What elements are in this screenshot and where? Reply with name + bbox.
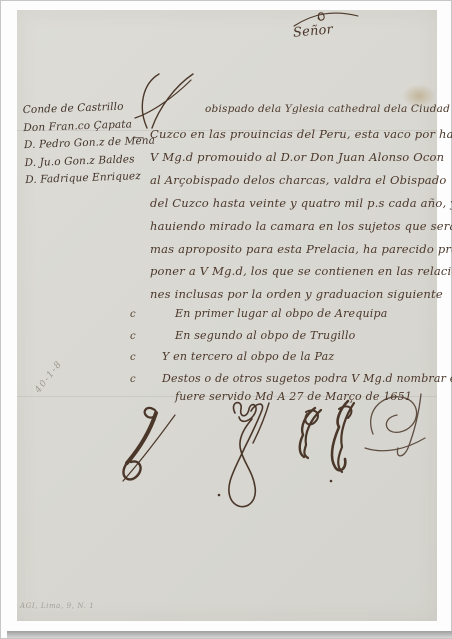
body-line: al Arçobispado delos charcas, valdra el …: [150, 173, 447, 187]
list-item: Y en tercero al obpo de la Paz: [162, 350, 334, 363]
margin-council-names: Conde de Castrillo Don Fran.co Çapata D.…: [23, 98, 150, 190]
archive-caption: AGI, Lima, 9, N. 1: [20, 602, 94, 610]
council-rubric-2-icon: [211, 397, 283, 517]
list-item: Destos o de otros sugetos podra V Mg.d n…: [162, 372, 452, 385]
body-line: V Mg.d promouido al D.or Don Juan Alonso…: [150, 150, 444, 164]
council-rubric-1-icon: [119, 401, 179, 487]
list-item-mark: c: [130, 309, 136, 320]
image-drop-shadow: [7, 631, 452, 638]
body-line: hauiendo mirado la camara en los sujetos…: [150, 219, 452, 233]
initial-el-flourish-icon: [133, 70, 199, 132]
list-item: En segundo al obpo de Trugillo: [175, 329, 355, 342]
body-line: nes inclusas por la orden y graduacion s…: [150, 287, 443, 301]
council-rubric-5-icon: [359, 388, 443, 462]
body-line: Cuzco en las prouincias del Peru, esta v…: [150, 127, 452, 141]
list-item-mark: c: [130, 331, 136, 342]
margin-dash: —: [133, 131, 144, 144]
council-rubric-4-icon: [321, 397, 363, 487]
list-item-mark: c: [130, 374, 136, 385]
body-line: poner a V Mg.d, los que se contienen en …: [150, 264, 452, 278]
body-line: mas aproposito para esta Prelacia, ha pa…: [150, 242, 452, 256]
body-line: del Cuzco hasta veinte y quatro mil p.s …: [150, 196, 452, 210]
list-item-mark: c: [130, 352, 136, 363]
body-line: obispado dela Yglesia cathedral dela Ciu…: [205, 103, 452, 115]
list-item: En primer lugar al obpo de Arequipa: [175, 307, 387, 320]
